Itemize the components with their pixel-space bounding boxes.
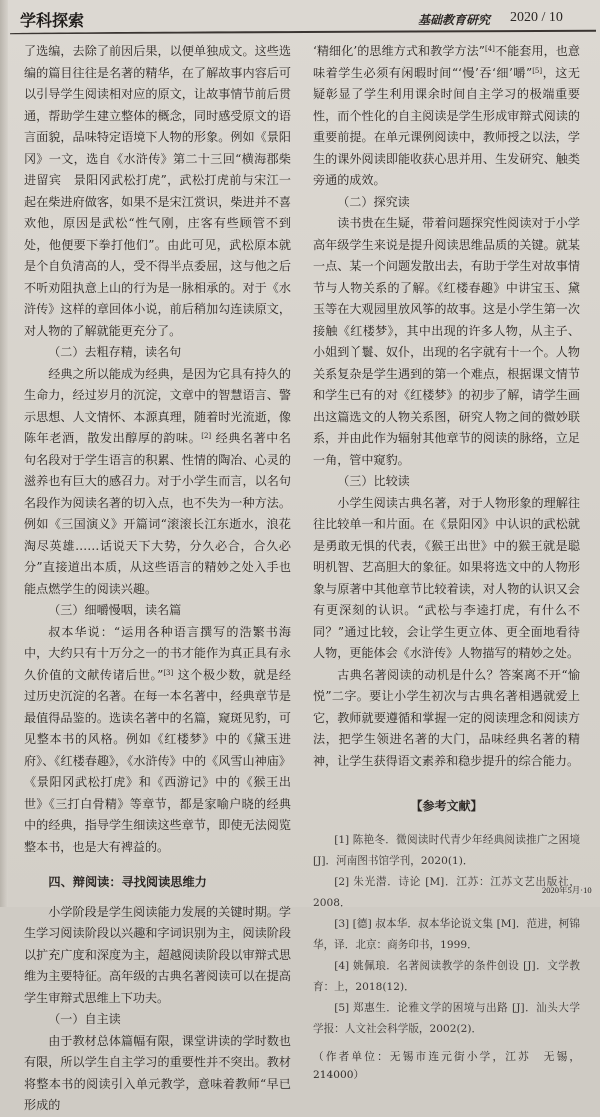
paragraph: 经典之所以能成为经典，是因为它具有持久的生命力，经过岁月的沉淀，文章中的智慧语言… [24, 364, 291, 601]
subsection-title: （二）探究读 [313, 192, 580, 214]
issue-number: 2020 / 10 [510, 10, 563, 26]
right-column: ‘精细化’的思维方式和教学方法”[4]不能套用，也意味着学生必须有闲暇时间“‘慢… [313, 41, 580, 907]
paragraph-text: ，这无疑彰显了学生利用课余时间自主学习的极端重要性，而个性化的自主阅读是学生形成… [313, 66, 580, 188]
paragraph-text: ‘精细化’的思维方式和教学方法” [313, 44, 485, 58]
citation: [3] [163, 669, 173, 677]
paragraph-text: 经典名著中名句名段对于学生语言的积累、性情的陶冶、心灵的滋养也有巨大的感召力。对… [24, 431, 291, 596]
citation: [2] [201, 432, 211, 440]
paragraph: 小学阶段是学生阅读能力发展的关键时期。学生学习阅读阶段以兴趣和字词识别为主，阅读… [24, 902, 291, 908]
section-heading: 四、辩阅读：寻找阅读思维力 [24, 872, 291, 894]
paragraph: 叔本华说：“运用各种语言撰写的浩繁书海中，大约只有十万分之一的书才能作为真正具有… [24, 622, 291, 859]
journal-name: 基础教育研究 [418, 11, 490, 28]
paragraph: 小学生阅读古典名著，对于人物形象的理解往往比较单一和片面。在《景阳冈》中认识的武… [313, 493, 580, 665]
subsection-title: （三）比较读 [313, 471, 580, 493]
citation: [4] [485, 45, 495, 53]
page-header: 学科探索 基础教育研究 2020 / 10 [0, 0, 600, 36]
reference-item: [2] 朱光潜．诗论 [M]．江苏：江苏文艺出版社，2008． [313, 872, 580, 908]
paragraph: 读书贵在生疑，带着问题探究性阅读对于小学高年级学生来说是提升阅读思维品质的关键。… [313, 213, 580, 471]
header-rule [10, 30, 596, 35]
page-footer: 2020年5月·10 [542, 884, 592, 896]
references-title: 【参考文献】 [313, 796, 580, 818]
paragraph: 古典名著阅读的动机是什么？答案离不开“愉悦”二字。要让小学生初次与古典名著相遇就… [313, 665, 580, 773]
section-name: 学科探索 [20, 8, 84, 31]
subsection-title: （三）细嚼慢咽，读名篇 [24, 600, 291, 622]
paragraph: ‘精细化’的思维方式和教学方法”[4]不能套用，也意味着学生必须有闲暇时间“‘慢… [313, 41, 580, 192]
journal-page: 学科探索 基础教育研究 2020 / 10 了选编，去除了前因后果，以便单独成文… [0, 0, 600, 907]
citation: [5] [532, 67, 542, 75]
subsection-title: （二）去粗存精，读名句 [24, 342, 291, 364]
paragraph-text: 这个极少数，就是经过历史沉淀的名著。在每一本名著中，经典章节是最值得品鉴的。选读… [24, 668, 291, 854]
paragraph: 了选编，去除了前因后果，以便单独成文。这些选编的篇目往往是名著的精华，在了解故事… [24, 41, 291, 342]
left-column: 了选编，去除了前因后果，以便单独成文。这些选编的篇目往往是名著的精华，在了解故事… [24, 41, 291, 907]
reference-item: [1] 陈艳冬．微阅读时代青少年经典阅读推广之困境 [J]．河南图书馆学刊，20… [313, 830, 580, 872]
